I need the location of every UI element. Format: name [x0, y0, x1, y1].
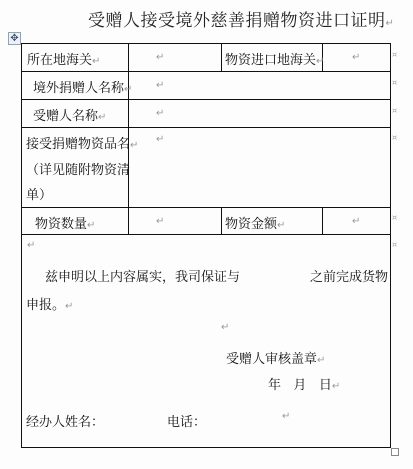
donated-goods-label: 接受捐赠物资品名↵ （详见随附物资清 单） — [26, 132, 138, 208]
row-divider — [22, 234, 390, 235]
declaration-text-part2: 之前完成货物 — [310, 266, 388, 285]
goods-amount-field[interactable]: ↵ — [324, 208, 390, 233]
certificate-table: 所在地海关↵ ↵ 物资进口地海关↵ ↵ 境外捐赠人名称↵ ↵ 受赠人名称↵ ↵ … — [21, 43, 391, 448]
import-customs-field[interactable]: ↵ — [324, 44, 390, 70]
recipient-name-field[interactable]: ↵ — [130, 100, 390, 126]
goods-quantity-label: 物资数量↵ — [35, 213, 95, 232]
end-of-row-mark-icon: ¤ — [392, 106, 397, 115]
customs-location-field[interactable]: ↵ — [132, 44, 220, 70]
column-divider — [221, 207, 222, 234]
handler-name-label: 经办人姓名： — [26, 411, 104, 430]
end-of-row-mark-icon: ¤ — [392, 133, 397, 142]
foreign-donor-field[interactable]: ↵ — [130, 72, 390, 98]
declaration-text-line2: 申报。↵ — [26, 294, 73, 313]
foreign-donor-label: 境外捐赠人名称↵ — [33, 77, 132, 96]
column-divider — [221, 44, 222, 71]
donated-goods-field[interactable]: ↵ — [130, 128, 390, 206]
table-move-handle-icon[interactable]: ✥ — [8, 32, 21, 45]
paragraph-mark-icon: ↵ — [386, 18, 395, 29]
goods-amount-label: 物资金额↵ — [225, 213, 285, 232]
document-title: 受赠人接受境外慈善捐赠物资进口证明↵ — [88, 6, 394, 31]
table-resize-handle-icon[interactable] — [391, 448, 399, 456]
end-of-row-mark-icon: ¤ — [392, 240, 397, 249]
column-divider — [322, 207, 323, 234]
date-line: 年 月 日↵ — [268, 374, 340, 393]
phone-label: 电话： — [167, 411, 206, 430]
declaration-text-part1: 兹申明以上内容属实，我司保证与 — [45, 266, 240, 285]
end-of-row-mark-icon: ¤ — [392, 213, 397, 222]
paragraph-mark-icon: ↵ — [221, 322, 229, 333]
end-of-row-mark-icon: ¤ — [392, 50, 397, 59]
phone-field[interactable]: ↵ — [212, 408, 302, 428]
paragraph-mark-icon: ↵ — [27, 240, 35, 251]
end-of-row-mark-icon: ¤ — [392, 78, 397, 87]
recipient-seal-label: 受赠人审核盖章↵ — [226, 348, 325, 367]
import-customs-label: 物资进口地海关↵ — [225, 49, 324, 68]
goods-quantity-field[interactable]: ↵ — [130, 208, 220, 233]
customs-location-label: 所在地海关↵ — [27, 49, 100, 68]
recipient-name-label: 受赠人名称↵ — [33, 105, 106, 124]
